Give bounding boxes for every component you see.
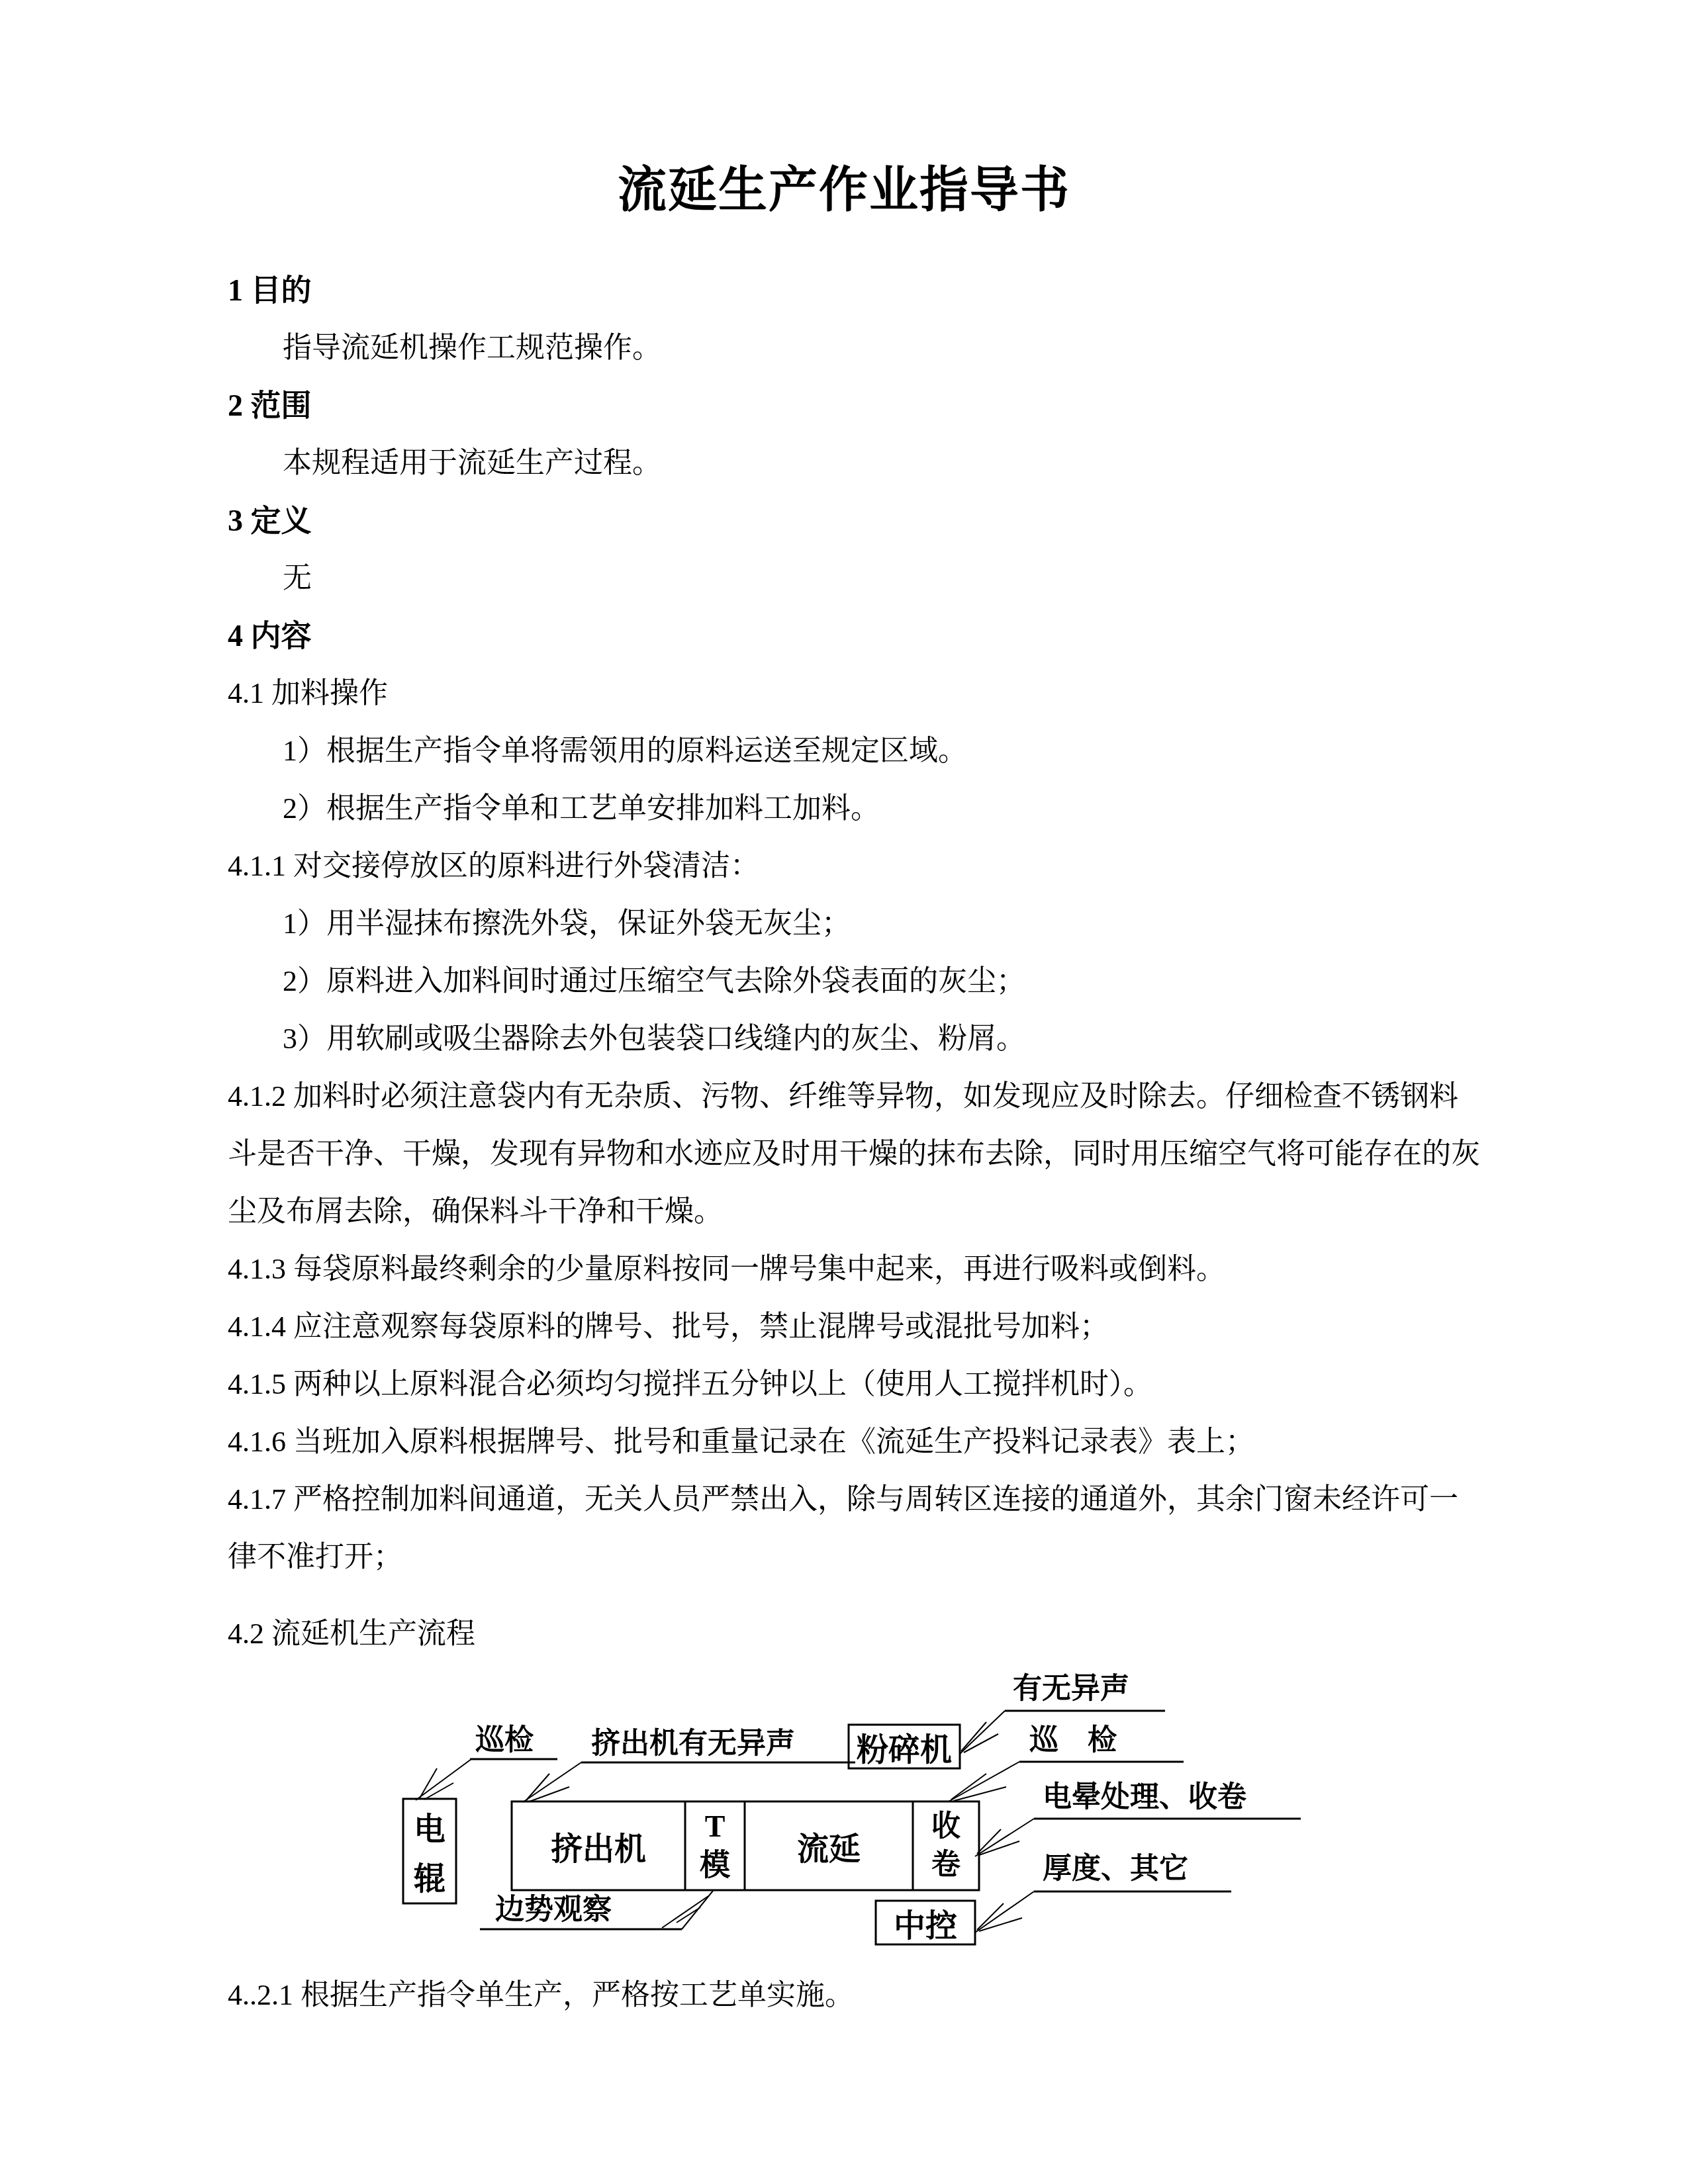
tdie-char-bottom: 模 [700, 1846, 730, 1884]
label-corona: 电晕处理、收卷 [1043, 1782, 1246, 1813]
label-noise: 有无异声 [1013, 1673, 1129, 1705]
winder-char-bottom: 卷 [931, 1846, 961, 1884]
tdie-char-top: T [705, 1807, 726, 1846]
label-thickness: 厚度、其它 [1043, 1853, 1188, 1885]
winder-char-top: 收 [931, 1807, 961, 1846]
label-inspect-left: 巡检 [475, 1725, 534, 1756]
electric-roller-label: 电 辊 [403, 1799, 456, 1903]
extruder-cell: 挤出机 [512, 1801, 685, 1890]
crusher-label: 粉碎机 [849, 1725, 960, 1768]
label-inspect-right: 巡 检 [1029, 1725, 1117, 1756]
casting-cell: 流延 [745, 1801, 913, 1890]
t-die-cell: T 模 [685, 1801, 745, 1890]
label-edge-watch: 边势观察 [495, 1894, 612, 1926]
roller-char-top: 电 [414, 1803, 445, 1849]
label-extruder-noise: 挤出机有无异声 [591, 1728, 795, 1760]
document-page: 流延生产作业指导书 1 目的 指导流延机操作工规范操作。 2 范围 本规程适用于… [0, 0, 1688, 2184]
winder-cell: 收 卷 [913, 1801, 979, 1890]
roller-char-bottom: 辊 [414, 1853, 445, 1899]
central-control-label: 中控 [876, 1901, 975, 1944]
